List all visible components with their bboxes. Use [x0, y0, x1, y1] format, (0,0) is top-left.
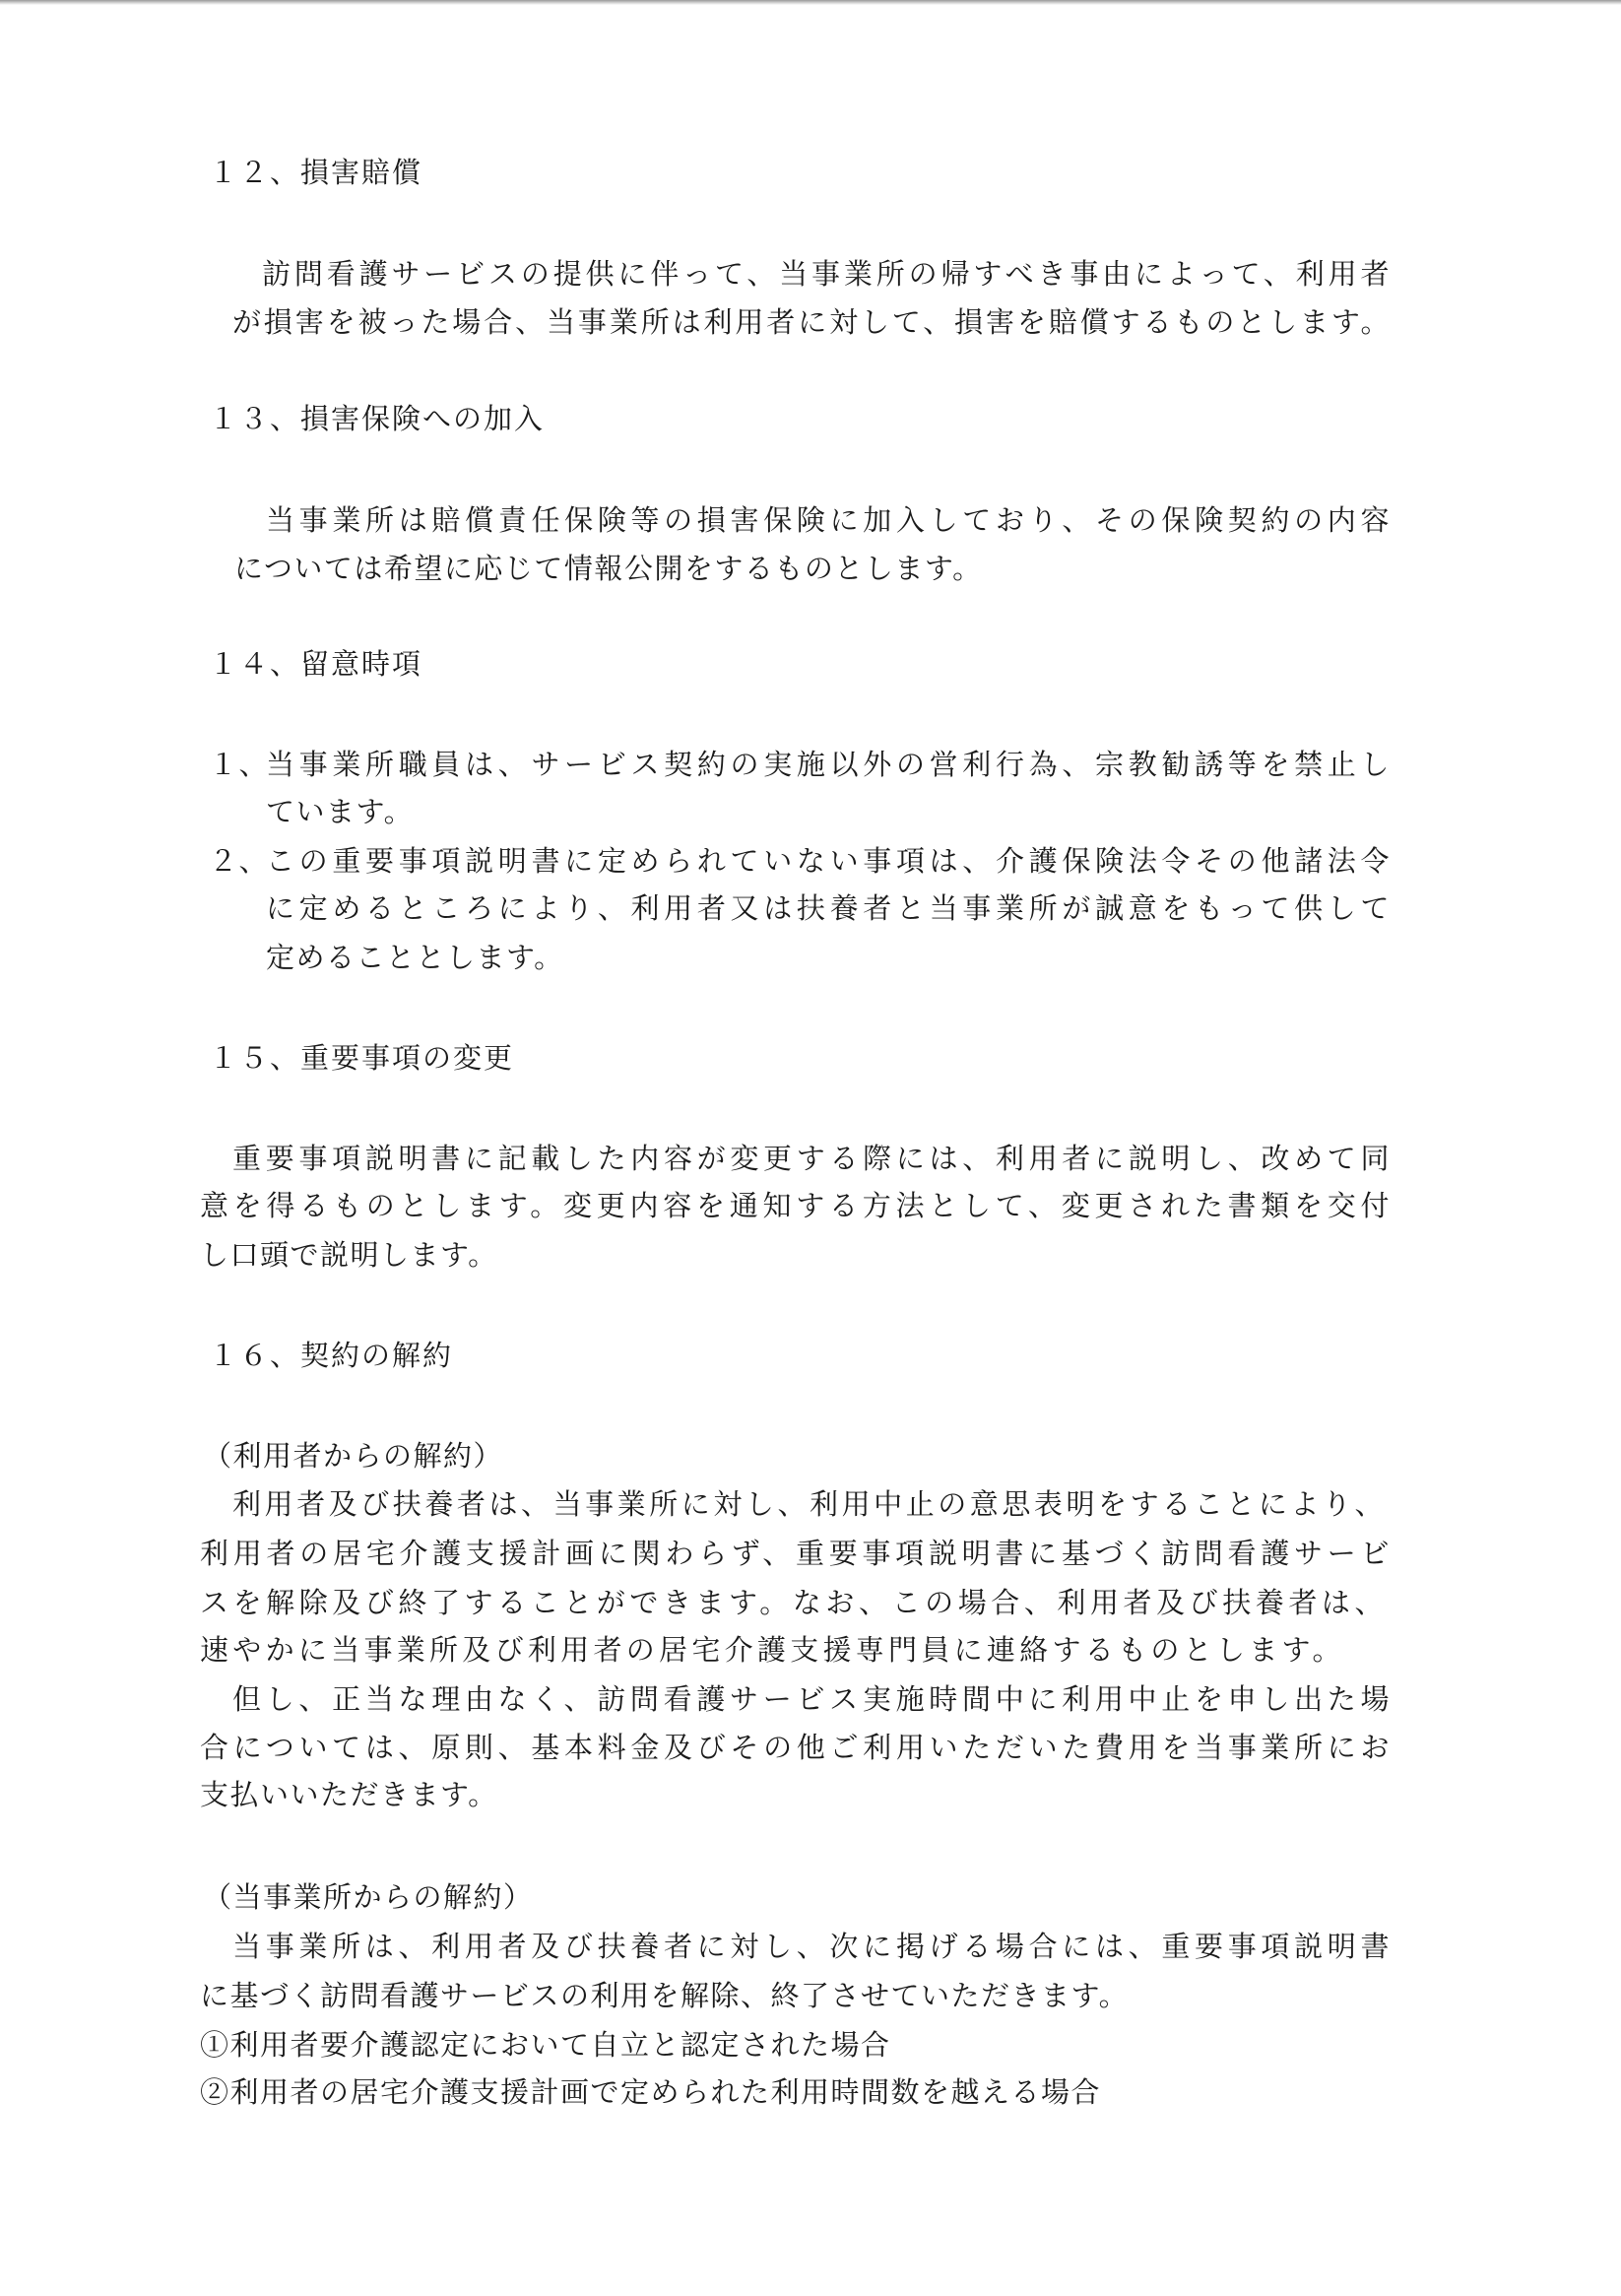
scan-edge — [0, 0, 1621, 5]
paragraph-line: 当事業所は、利用者及び扶養者に対し、次に掲げる場合には、重要事項説明書 — [232, 1927, 1391, 1966]
paragraph-line: 訪問看護サービスの提供に伴って、当事業所の帰すべき事由によって、利用者 — [262, 254, 1391, 294]
paragraph-line: 利用者及び扶養者は、当事業所に対し、利用中止の意思表明をすることにより、 — [232, 1484, 1385, 1524]
paragraph-line: 支払いいただきます。 — [200, 1775, 498, 1814]
paragraph-line: 当事業所は賠償責任保険等の損害保険に加入しており、その保険契約の内容 — [266, 500, 1391, 540]
list-item-line: 当事業所職員は、サービス契約の実施以外の営利行為、宗教勧誘等を禁止し — [266, 745, 1391, 784]
paragraph-line: 重要事項説明書に記載した内容が変更する際には、利用者に説明し、改めて同 — [232, 1139, 1391, 1178]
paragraph-line: については希望に応じて情報公開をするものとします。 — [234, 549, 983, 588]
section-heading: １６、契約の解約 — [209, 1336, 453, 1375]
paragraph-line: に基づく訪問看護サービスの利用を解除、終了させていただきます。 — [200, 1976, 1129, 2015]
section-heading: １５、重要事項の変更 — [209, 1038, 514, 1078]
list-item-line: この重要事項説明書に定められていない事項は、介護保険法令その他諸法令 — [266, 841, 1391, 881]
section-heading: １３、損害保険への加入 — [209, 399, 545, 438]
paragraph-line: 合については、原則、基本料金及びその他ご利用いただいた費用を当事業所にお — [200, 1728, 1391, 1767]
paragraph-line: 利用者の居宅介護支援計画に関わらず、重要事項説明書に基づく訪問看護サービ — [200, 1534, 1391, 1573]
paragraph-line: 但し、正当な理由なく、訪問看護サービス実施時間中に利用中止を申し出た場 — [232, 1679, 1391, 1719]
list-item-line: ています。 — [266, 792, 414, 831]
subsection-title: （利用者からの解約） — [203, 1436, 503, 1476]
list-item-number: ２、 — [209, 841, 269, 881]
paragraph-line: 意を得るものとします。変更内容を通知する方法として、変更された書類を交付 — [200, 1186, 1391, 1225]
subsection-title: （当事業所からの解約） — [203, 1877, 534, 1917]
paragraph-line: し口頭で説明します。 — [200, 1235, 498, 1275]
list-item-line: に定めるところにより、利用者又は扶養者と当事業所が誠意をもって供して — [266, 888, 1391, 928]
list-item-number: １、 — [209, 745, 269, 784]
section-heading: １４、留意時項 — [209, 644, 422, 684]
section-heading: １２、損害賠償 — [209, 153, 422, 192]
list-item-line: 定めることとします。 — [266, 938, 564, 977]
condition-item: ②利用者の居宅介護支援計画で定められた利用時間数を越える場合 — [200, 2072, 1101, 2112]
paragraph-line: 速やかに当事業所及び利用者の居宅介護支援専門員に連絡するものとします。 — [200, 1630, 1342, 1670]
paragraph-line: が損害を被った場合、当事業所は利用者に対して、損害を賠償するものとします。 — [232, 302, 1391, 342]
condition-item: ①利用者要介護認定において自立と認定された場合 — [200, 2025, 891, 2065]
paragraph-line: スを解除及び終了することができます。なお、この場合、利用者及び扶養者は、 — [200, 1583, 1385, 1622]
